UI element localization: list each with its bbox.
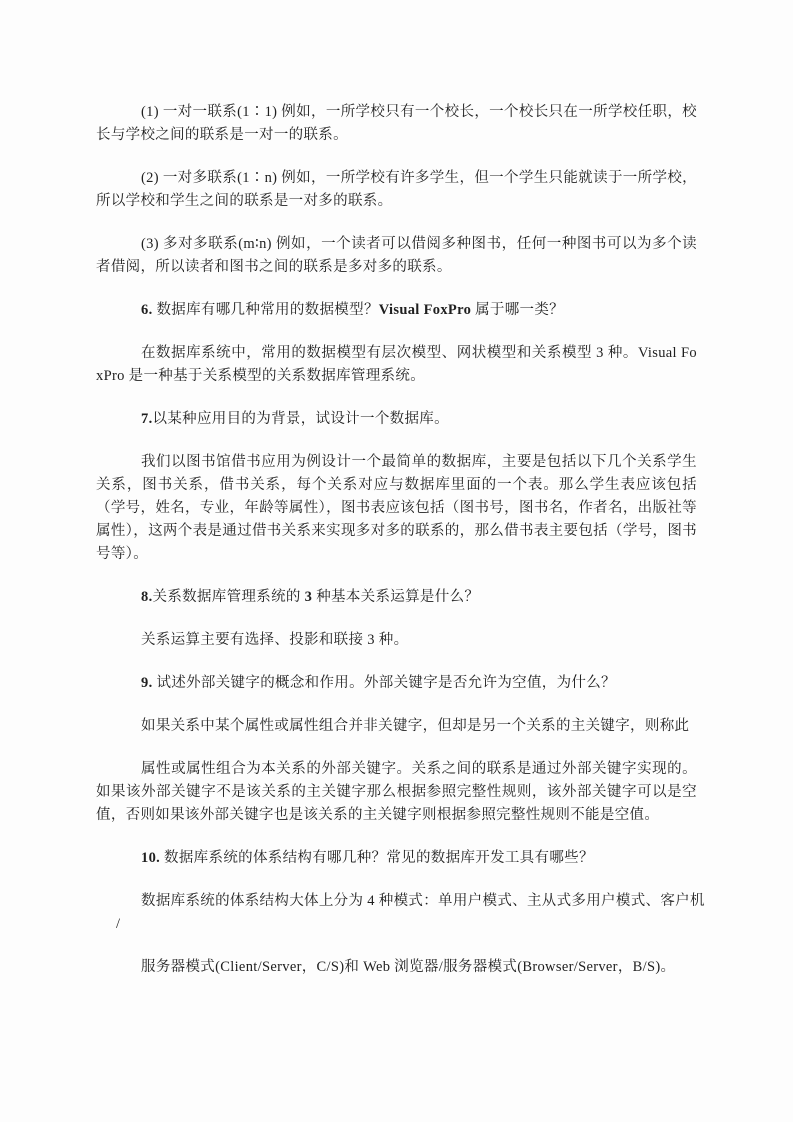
text-run: 数据库有哪几种常用的数据模型？	[153, 302, 379, 318]
text-run: (3) 多对多联系(m∶n) 例如，一个读者可以借阅多种图书，任何一种图书可以为…	[96, 236, 697, 275]
bold-text-run: 6.	[141, 302, 153, 318]
bold-text-run: 9.	[141, 675, 153, 691]
answer-9-part-2: 属性或属性组合为本关系的外部关键字。关系之间的联系是通过外部关键字实现的。如果该…	[96, 758, 697, 827]
relationship-one-to-many: (2) 一对多联系(1∶n) 例如，一所学校有许多学生，但一个学生只能就读于一所…	[96, 167, 697, 213]
answer-9-part-1: 如果关系中某个属性或属性组合并非关键字，但却是另一个关系的主关键字，则称此	[96, 715, 697, 738]
text-run: 属性或属性组合为本关系的外部关键字。关系之间的联系是通过外部关键字实现的。如果该…	[96, 761, 697, 823]
text-run: 服务器模式(Client/Server，C/S)和 Web 浏览器/服务器模式(…	[141, 959, 675, 975]
text-run: 试述外部关键字的概念和作用。外部关键字是否允许为空值，为什么？	[153, 675, 616, 691]
text-run: 在数据库系统中，常用的数据模型有层次模型、网状模型和关系模型 3 种。Visua…	[96, 345, 697, 384]
text-run: (1) 一对一联系(1∶1) 例如，一所学校只有一个校长，一个校长只在一所学校任…	[96, 104, 697, 143]
text-run: 属于哪一类？	[471, 302, 564, 318]
text-run: /	[116, 916, 120, 932]
text-run: 我们以图书馆借书应用为例设计一个最简单的数据库，主要是包括以下几个关系学生关系，…	[96, 454, 697, 562]
text-run: 以某种应用目的为背景，试设计一个数据库。	[153, 411, 449, 427]
text-run: 关系数据库管理系统的	[153, 589, 305, 605]
answer-6: 在数据库系统中，常用的数据模型有层次模型、网状模型和关系模型 3 种。Visua…	[96, 342, 697, 388]
text-run: (2) 一对多联系(1∶n) 例如，一所学校有许多学生，但一个学生只能就读于一所…	[96, 170, 697, 209]
answer-10-line-1: 数据库系统的体系结构大体上分为 4 种模式：单用户模式、主从式多用户模式、客户机	[96, 890, 697, 913]
answer-7: 我们以图书馆借书应用为例设计一个最简单的数据库，主要是包括以下几个关系学生关系，…	[96, 451, 697, 566]
document-body: (1) 一对一联系(1∶1) 例如，一所学校只有一个校长，一个校长只在一所学校任…	[96, 101, 697, 999]
bold-text-run: Visual FoxPro	[379, 302, 471, 318]
relationship-many-to-many: (3) 多对多联系(m∶n) 例如，一个读者可以借阅多种图书，任何一种图书可以为…	[96, 233, 697, 279]
question-10: 10. 数据库系统的体系结构有哪几种？常见的数据库开发工具有哪些？	[96, 847, 697, 870]
text-run: 数据库系统的体系结构有哪几种？常见的数据库开发工具有哪些？	[160, 850, 594, 866]
relationship-one-to-one: (1) 一对一联系(1∶1) 例如，一所学校只有一个校长，一个校长只在一所学校任…	[96, 101, 697, 147]
text-run: 数据库系统的体系结构大体上分为 4 种模式：单用户模式、主从式多用户模式、客户机	[141, 893, 705, 909]
text-run: 种基本关系运算是什么？	[312, 589, 479, 605]
question-8: 8.关系数据库管理系统的 3 种基本关系运算是什么？	[96, 586, 697, 609]
question-7: 7.以某种应用目的为背景，试设计一个数据库。	[96, 408, 697, 431]
document-page: (1) 一对一联系(1∶1) 例如，一所学校只有一个校长，一个校长只在一所学校任…	[0, 0, 793, 1122]
answer-10-line-2: 服务器模式(Client/Server，C/S)和 Web 浏览器/服务器模式(…	[96, 956, 697, 979]
question-6: 6. 数据库有哪几种常用的数据模型？Visual FoxPro 属于哪一类？	[96, 299, 697, 322]
bold-text-run: 7.	[141, 411, 153, 427]
question-9: 9. 试述外部关键字的概念和作用。外部关键字是否允许为空值，为什么？	[96, 672, 697, 695]
answer-8: 关系运算主要有选择、投影和联接 3 种。	[96, 629, 697, 652]
bold-text-run: 8.	[141, 589, 153, 605]
text-run: 如果关系中某个属性或属性组合并非关键字，但却是另一个关系的主关键字，则称此	[141, 718, 689, 734]
answer-10-wrapped-slash: /	[96, 913, 697, 936]
bold-text-run: 10.	[141, 850, 160, 866]
text-run: 关系运算主要有选择、投影和联接 3 种。	[141, 632, 408, 648]
